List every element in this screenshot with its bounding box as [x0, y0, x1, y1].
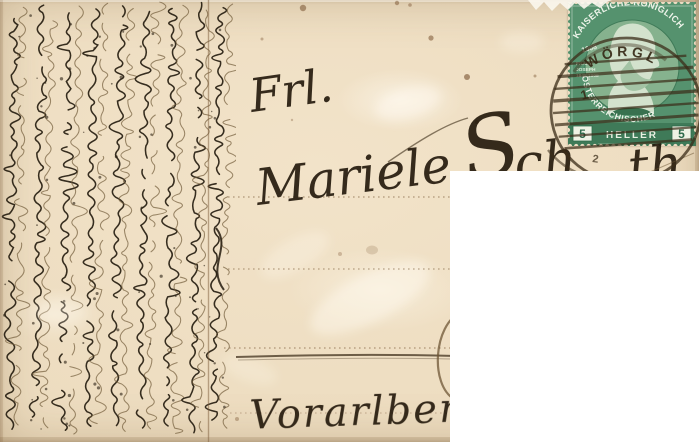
- first-name-script: Mariele: [251, 135, 454, 217]
- bottom-edge-shade: [0, 437, 452, 442]
- postmark-town-text: WÖRGL: [582, 43, 662, 71]
- deckled-edge: [528, 0, 612, 11]
- left-edge-shade: [0, 0, 3, 442]
- hand-drawn-underline: [236, 355, 456, 357]
- hand-drawn-underline-echo: [238, 358, 452, 360]
- postmark-town: WÖRGL: [582, 43, 662, 71]
- salutation-script: Frl.: [245, 58, 336, 123]
- top-edge-highlight: [0, 0, 540, 2]
- postmark-digit-bottom: 2: [592, 153, 600, 166]
- postcard-photo: KAISERLICHE KÖNIGLICH ÖSTERREICHISCHER 1…: [0, 0, 699, 442]
- redaction-box: [450, 171, 699, 442]
